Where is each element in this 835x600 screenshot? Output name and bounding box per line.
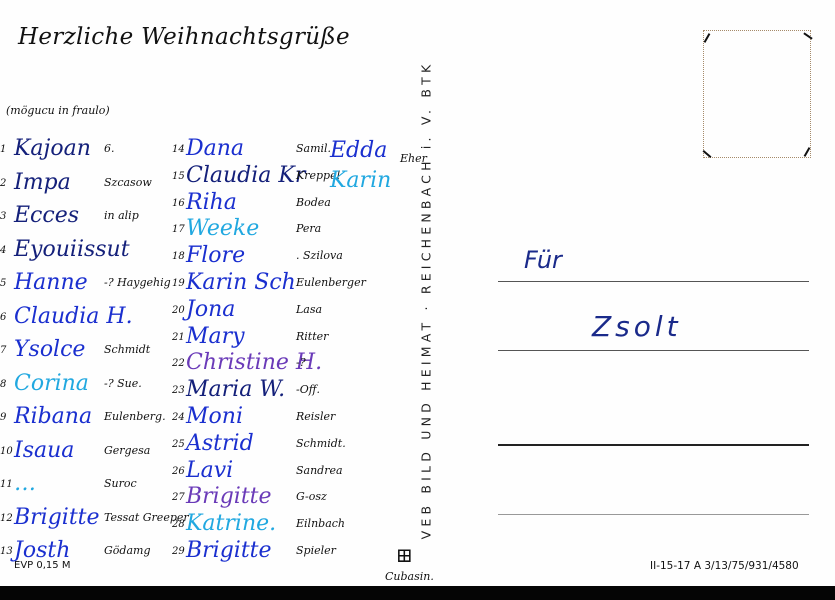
signature-number: 18 <box>172 251 185 262</box>
signature-number: 6 <box>0 312 6 323</box>
signature-name: Karin Sch <box>186 270 296 295</box>
signature-surname: in alip <box>104 209 139 222</box>
signature-name: Corina <box>14 371 89 396</box>
signature-surname: Eulenberg. <box>104 410 166 423</box>
signature-number: 16 <box>172 198 185 209</box>
signature-surname: Eilnbach <box>296 517 345 530</box>
bottom-note: Cubasin. <box>385 570 434 583</box>
recipient-label: Für <box>524 246 562 274</box>
signature-surname: Sandrea <box>296 464 343 477</box>
signature-name: Weeke <box>186 216 259 241</box>
recipient-name: Zsolt <box>592 310 682 343</box>
signature-surname: 6. <box>104 142 115 155</box>
signature-surname: Eher <box>400 152 427 165</box>
signature-number: 9 <box>0 412 6 423</box>
signature-number: 19 <box>172 278 185 289</box>
signature-number: 7 <box>0 345 6 356</box>
signature-number: 5 <box>0 278 6 289</box>
signature-name: Karin <box>330 168 391 193</box>
signature-name: Claudia H. <box>14 304 133 329</box>
signature-number: 21 <box>172 332 185 343</box>
stamp-placeholder-icon <box>703 30 811 158</box>
signature-surname: Pera <box>296 222 321 235</box>
signature-name: Impa <box>14 170 71 195</box>
signature-number: 29 <box>172 546 185 557</box>
signature-name: Maria W. <box>186 377 285 402</box>
header-note: (mögucu in fraulo) <box>6 104 110 117</box>
signature-name: Astrid <box>186 431 254 456</box>
signature-name: Jona <box>186 297 235 322</box>
signature-surname: Schmidt <box>104 343 150 356</box>
postcard: Herzliche Weihnachtsgrüße VEB BILD UND H… <box>0 0 835 586</box>
signature-surname: Bodea <box>296 196 331 209</box>
signature-name: Riha <box>186 190 237 215</box>
address-line-3 <box>498 444 809 446</box>
address-line-4 <box>498 514 809 515</box>
signature-number: 8 <box>0 379 6 390</box>
signature-surname: -? <box>296 356 306 369</box>
signature-surname: Lasa <box>296 303 322 316</box>
signature-number: 4 <box>0 245 6 256</box>
signature-surname: Spieler <box>296 544 336 557</box>
signature-name: Ysolce <box>14 337 85 362</box>
signature-number: 28 <box>172 519 185 530</box>
signature-surname: Eulenberger <box>296 276 366 289</box>
signature-name: Isaua <box>14 438 74 463</box>
signature-surname: Schmidt. <box>296 437 346 450</box>
signature-name: Dana <box>186 136 244 161</box>
signature-name: Ecces <box>14 203 79 228</box>
publisher-vertical-text: VEB BILD UND HEIMAT · REICHENBACH i. V. … <box>419 61 434 540</box>
signature-name: Claudia Kr <box>186 163 305 188</box>
signature-number: 27 <box>172 492 185 503</box>
signature-number: 10 <box>0 446 13 457</box>
signature-name: Kajoan <box>14 136 91 161</box>
signature-surname: . Szilova <box>296 249 343 262</box>
signature-number: 26 <box>172 466 185 477</box>
signature-name: Josth <box>14 538 70 563</box>
signature-number: 17 <box>172 224 185 235</box>
scan-edge <box>0 586 835 600</box>
signature-name: Eyouiissut <box>14 237 130 262</box>
signature-surname: Ritter <box>296 330 328 343</box>
signature-name: … <box>14 471 36 496</box>
signature-name: Hanne <box>14 270 88 295</box>
signature-number: 15 <box>172 171 185 182</box>
signature-surname: Gergesa <box>104 444 150 457</box>
signature-surname: Reisler <box>296 410 335 423</box>
signature-surname: -Off. <box>296 383 320 396</box>
signature-name: Flore <box>186 243 245 268</box>
signature-surname: Samil. <box>296 142 331 155</box>
signature-number: 24 <box>172 412 185 423</box>
print-code: II-15-17 A 3/13/75/931/4580 <box>650 560 799 572</box>
signature-number: 22 <box>172 358 185 369</box>
signature-name: Brigitte <box>186 538 272 563</box>
address-line-1 <box>498 281 809 282</box>
signature-number: 11 <box>0 479 13 490</box>
signature-number: 3 <box>0 211 6 222</box>
signature-number: 2 <box>0 178 6 189</box>
signature-number: 13 <box>0 546 13 557</box>
signature-surname: Suroc <box>104 477 137 490</box>
signature-name: Edda <box>330 138 387 163</box>
signature-surname: Gödamg <box>104 544 150 557</box>
signature-name: Ribana <box>14 404 92 429</box>
signature-number: 23 <box>172 385 185 396</box>
signature-name: Brigitte <box>186 484 272 509</box>
signature-name: Lavi <box>186 458 233 483</box>
signature-name: Katrine. <box>186 511 276 536</box>
signature-number: 20 <box>172 305 185 316</box>
signature-surname: -? Haygehig <box>104 276 171 289</box>
signature-number: 1 <box>0 144 6 155</box>
signature-name: Moni <box>186 404 243 429</box>
signature-name: Brigitte <box>14 505 100 530</box>
signature-number: 25 <box>172 439 185 450</box>
signature-number: 12 <box>0 513 13 524</box>
signature-surname: Szcasow <box>104 176 152 189</box>
signature-number: 14 <box>172 144 185 155</box>
signature-name: Mary <box>186 324 245 349</box>
signature-surname: -? Sue. <box>104 377 142 390</box>
card-title: Herzliche Weihnachtsgrüße <box>18 24 350 50</box>
address-line-2 <box>498 350 809 351</box>
publisher-logo-icon: ⊞ <box>396 543 413 567</box>
signature-surname: G-osz <box>296 490 327 503</box>
